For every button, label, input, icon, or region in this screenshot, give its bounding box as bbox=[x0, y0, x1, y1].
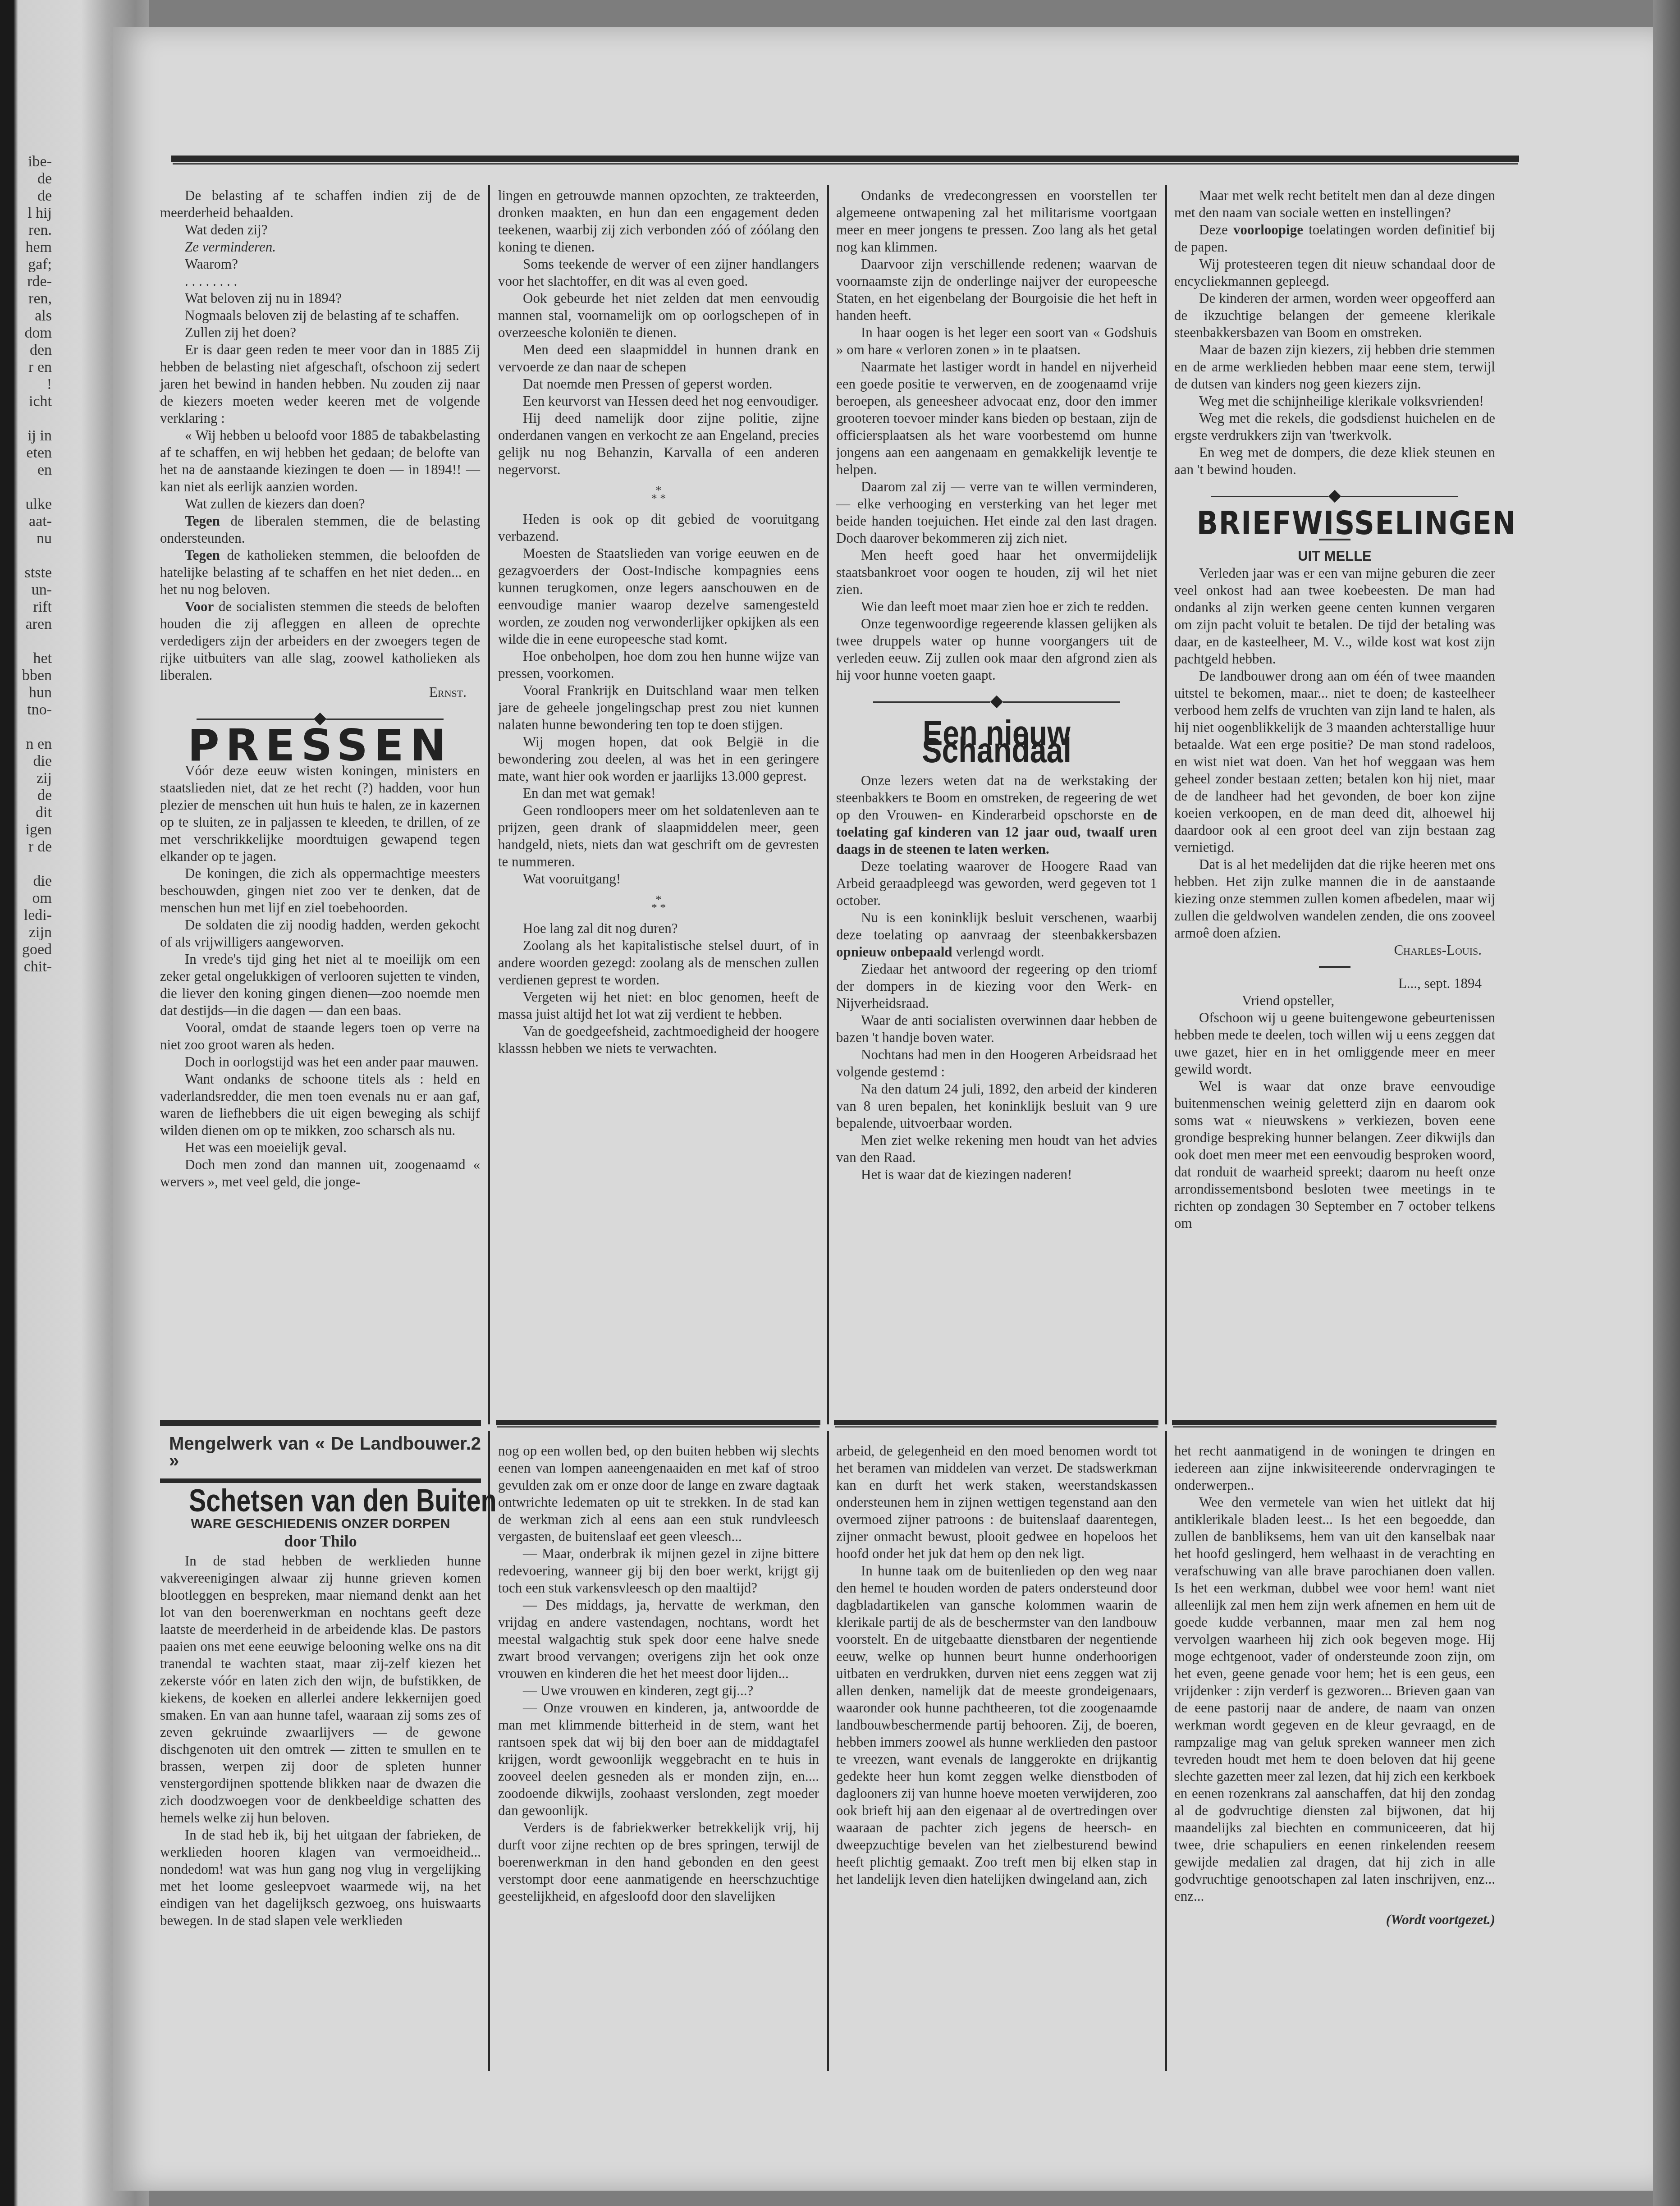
fragment: zij bbox=[20, 770, 52, 787]
pressen-paragraph: Het was een moeielijk geval. bbox=[160, 1139, 480, 1156]
feuilleton-text-col1: In de stad hebben de werklieden hunne va… bbox=[160, 1552, 481, 1929]
vote-line: Tegen de liberalen stemmen, die de belas… bbox=[160, 513, 480, 547]
continued-notice: (Wordt voortgezet.) bbox=[1174, 1911, 1495, 1928]
pressen-paragraph: Onze tegenwoordige regeerende klassen ge… bbox=[836, 615, 1157, 684]
fragment bbox=[20, 410, 52, 427]
feuilleton-rule bbox=[1172, 1420, 1497, 1426]
fragment: n en bbox=[20, 736, 52, 753]
feuilleton-paragraph: nog op een wollen bed, op den buiten heb… bbox=[498, 1442, 819, 1545]
feuilleton-rule bbox=[834, 1420, 1158, 1426]
letter-paragraph: Ofschoon wij u geene buitengewone gebeur… bbox=[1174, 1009, 1495, 1078]
fragment: ! bbox=[20, 376, 52, 393]
pressen-paragraph: Heden is ook op dit gebied de vooruitgan… bbox=[498, 511, 819, 545]
pressen-article-col3: Ondanks de vredecongressen en voorstelle… bbox=[836, 187, 1157, 684]
fragment: de bbox=[20, 188, 52, 205]
pressen-paragraph: Hoe onbeholpen, hoe dom zou hen hunne wi… bbox=[498, 648, 819, 682]
vote-recommendations: Tegen de liberalen stemmen, die de belas… bbox=[160, 513, 480, 684]
election-article: De belasting af te schaffen indien zij d… bbox=[160, 187, 480, 513]
schandaal-paragraph: Weg met die rekels, die godsdienst huich… bbox=[1174, 410, 1495, 444]
paragraph: Nogmaals beloven zij de belasting af te … bbox=[160, 307, 480, 324]
schandaal-paragraph: Onze lezers weten dat na de werkstaking … bbox=[836, 772, 1157, 858]
fragment: dom bbox=[20, 325, 52, 342]
pressen-paragraph: Dat noemde men Pressen of geperst worden… bbox=[498, 375, 819, 393]
pressen-paragraph: De koningen, die zich als oppermachtige … bbox=[160, 865, 480, 916]
vote-lead: Tegen bbox=[185, 513, 220, 529]
paragraph: « Wij hebben u beloofd voor 1885 de taba… bbox=[160, 427, 480, 495]
feuilleton-paragraph: Verders is de fabriekwerker betrekkelijk… bbox=[498, 1819, 819, 1905]
fragment: ren, bbox=[20, 290, 52, 307]
vote-line: Voor de socialisten stemmen die steeds d… bbox=[160, 598, 480, 684]
fragment: goed bbox=[20, 941, 52, 958]
feuilleton-text-col2: nog op een wollen bed, op den buiten heb… bbox=[498, 1442, 819, 1905]
column-4: Maar met welk recht betitelt men dan al … bbox=[1174, 187, 1495, 1232]
schandaal-paragraph: En weg met de dompers, die deze kliek st… bbox=[1174, 444, 1495, 478]
letter-melle: Verleden jaar was er een van mijne gebur… bbox=[1174, 565, 1495, 942]
feuilleton-rule bbox=[496, 1420, 820, 1426]
feuilleton-paragraph: In de stad heb ik, bij het uitgaan der f… bbox=[160, 1826, 481, 1929]
article-signature: Ernst. bbox=[160, 684, 467, 701]
fragment: ij in bbox=[20, 427, 52, 444]
feuilleton-paragraph: arbeid, de gelegenheid en den moed benom… bbox=[836, 1442, 1157, 1562]
pressen-paragraph: Vergeten wij het niet: en bloc genomen, … bbox=[498, 989, 819, 1023]
schandaal-paragraph: De kinderen der armen, worden weer opgeo… bbox=[1174, 290, 1495, 341]
fragment: ulke bbox=[20, 496, 52, 513]
fragment: rde- bbox=[20, 273, 52, 290]
schandaal-paragraph: Waar de anti socialisten overwinnen daar… bbox=[836, 1012, 1157, 1046]
feuilleton-paragraph: Wee den vermetele van wien het uitlekt d… bbox=[1174, 1494, 1495, 1905]
schandaal-paragraph: Ziedaar het antwoord der regeering op de… bbox=[836, 961, 1157, 1012]
letter-paragraph: Dat is al het medelijden dat die rijke h… bbox=[1174, 856, 1495, 942]
section-divider bbox=[836, 697, 1157, 706]
letter-paragraph: Verleden jaar was er een van mijne gebur… bbox=[1174, 565, 1495, 668]
feuilleton-paragraph: het recht aanmatigend in de woningen te … bbox=[1174, 1442, 1495, 1494]
pressen-paragraph: Wij mogen hopen, dat ook België in die b… bbox=[498, 733, 819, 785]
column-rule bbox=[488, 185, 490, 1424]
fragment: ibe- bbox=[20, 153, 52, 170]
asterism-icon: ** * bbox=[498, 486, 819, 503]
schandaal-paragraph: Maar de bazen zijn kiezers, zij hebben d… bbox=[1174, 341, 1495, 393]
pressen-paragraph: Daarvoor zijn verschillende redenen; waa… bbox=[836, 256, 1157, 324]
asterism-icon: ** * bbox=[498, 896, 819, 912]
letter-place-date: L..., sept. 1894 bbox=[1174, 975, 1482, 992]
fragment: l hij bbox=[20, 205, 52, 222]
feuilleton-column-2: nog op een wollen bed, op den buiten heb… bbox=[498, 1442, 819, 1905]
schandaal-paragraph: Weg met die schijnheilige klerikale volk… bbox=[1174, 393, 1495, 410]
pressen-paragraph: Vooral, omdat de staande legers toen op … bbox=[160, 1019, 480, 1053]
pressen-paragraph: De soldaten die zij noodig hadden, werde… bbox=[160, 916, 480, 951]
pressen-paragraph: Geen rondloopers meer om het soldatenlev… bbox=[498, 802, 819, 870]
fragment: het bbox=[20, 650, 52, 667]
headline-briefwisselingen: BRIEFWISSELINGEN bbox=[1197, 514, 1473, 531]
fragment: aat- bbox=[20, 513, 52, 530]
schandaal-paragraph: Deze toelating waarover de Hoogere Raad … bbox=[836, 858, 1157, 909]
feuilleton-column-1: Mengelwerk van « De Landbouwer. » 2 Sche… bbox=[160, 1420, 481, 1929]
paragraph: Waarom? bbox=[160, 256, 480, 273]
pressen-paragraph: Moesten de Staatslieden van vorige eeuwe… bbox=[498, 545, 819, 648]
fragment bbox=[20, 719, 52, 736]
fragment: den bbox=[20, 342, 52, 359]
headline-pressen: PRESSEN bbox=[160, 737, 480, 754]
schandaal-continued-paragraph: Deze voorloopige toelatingen worden defi… bbox=[1174, 221, 1495, 256]
fragment: om bbox=[20, 890, 52, 907]
paragraph: Wat zullen de kiezers dan doen? bbox=[160, 495, 480, 513]
paragraph: Zullen zij het doen? bbox=[160, 324, 480, 341]
feuilleton-paragraph: — Maar, onderbrak ik mijnen gezel in zij… bbox=[498, 1545, 819, 1597]
fragment: die bbox=[20, 753, 52, 770]
pressen-paragraph: Van de goedgeefsheid, zachtmoedigheid de… bbox=[498, 1023, 819, 1057]
pressen-paragraph: Daarom zal zij — verre van te willen ver… bbox=[836, 478, 1157, 547]
pressen-paragraph: In vrede's tijd ging het niet al te moei… bbox=[160, 951, 480, 1019]
feuilleton-column-3: arbeid, de gelegenheid en den moed benom… bbox=[836, 1442, 1157, 1888]
fragment: chit- bbox=[20, 958, 52, 975]
column-rule bbox=[488, 1431, 490, 2071]
feuilleton-number: 2 bbox=[471, 1435, 481, 1469]
pressen-paragraph: Ondanks de vredecongressen en voorstelle… bbox=[836, 187, 1157, 256]
fragment: r en bbox=[20, 359, 52, 376]
feuilleton-author: door Thilo bbox=[160, 1533, 481, 1550]
fragment: die bbox=[20, 873, 52, 890]
pressen-paragraph: Men heeft goed haar het onvermijdelijk s… bbox=[836, 547, 1157, 598]
pressen-article-col1: Vóór deze eeuw wisten koningen, minister… bbox=[160, 762, 480, 1190]
paragraph: . . . . . . . . bbox=[160, 273, 480, 290]
fragment bbox=[20, 856, 52, 873]
paragraph: Ze verminderen. bbox=[160, 238, 480, 256]
fragment: ren. bbox=[20, 222, 52, 239]
column-rule bbox=[827, 1431, 829, 2071]
schandaal-paragraph: Na den datum 24 juli, 1892, den arbeid d… bbox=[836, 1080, 1157, 1132]
schandaal-paragraph: Men ziet welke rekening men houdt van he… bbox=[836, 1132, 1157, 1166]
fragment: hem bbox=[20, 239, 52, 256]
fragment: stste bbox=[20, 564, 52, 581]
feuilleton-paragraph: — Des middags, ja, hervatte de werkman, … bbox=[498, 1597, 819, 1682]
pressen-paragraph: lingen en getrouwde mannen opzochten, ze… bbox=[498, 187, 819, 256]
fragment: hun bbox=[20, 684, 52, 701]
fragment: bben bbox=[20, 667, 52, 684]
subheading-uit-melle: UIT MELLE bbox=[1174, 548, 1495, 565]
feuilleton-column-4: het recht aanmatigend in de woningen te … bbox=[1174, 1442, 1495, 1928]
previous-page-text-fragments: ibe-dedel hijren.hemgaf;rde-ren,alsdomde… bbox=[20, 153, 52, 975]
letter-signature: Charles-Louis. bbox=[1174, 942, 1482, 959]
column-3: Ondanks de vredecongressen en voorstelle… bbox=[836, 187, 1157, 1183]
letter-l: Ofschoon wij u geene buitengewone gebeur… bbox=[1174, 1009, 1495, 1232]
fragment: en bbox=[20, 462, 52, 479]
pressen-paragraph: Wie dan leeft moet maar zien hoe er zich… bbox=[836, 598, 1157, 615]
feuilleton-header: Mengelwerk van « De Landbouwer. » 2 bbox=[160, 1420, 481, 1483]
pressen-paragraph: In haar oogen is het leger een soort van… bbox=[836, 324, 1157, 358]
pressen-paragraph: Zoolang als het kapitalistische stelsel … bbox=[498, 937, 819, 989]
pressen-paragraph: Want ondanks de schoone titels als : hel… bbox=[160, 1071, 480, 1139]
pressen-paragraph: Men deed een slaapmiddel in hunnen drank… bbox=[498, 341, 819, 375]
fragment: zijn bbox=[20, 924, 52, 941]
feuilleton-paragraph: — Uwe vrouwen en kinderen, zegt gij...? bbox=[498, 1682, 819, 1699]
fragment: nu bbox=[20, 530, 52, 547]
schandaal-paragraphs: Ziedaar het antwoord der regeering op de… bbox=[836, 961, 1157, 1183]
diamond-ornament-icon bbox=[990, 696, 1003, 708]
fragment bbox=[20, 633, 52, 650]
pressen-article-col2-conclusion: Hoe lang zal dit nog duren?Zoolang als h… bbox=[498, 920, 819, 1057]
column-rule bbox=[827, 185, 829, 1424]
letter-paragraph: Wel is waar dat onze brave eenvoudige bu… bbox=[1174, 1078, 1495, 1232]
pressen-paragraph: Wat vooruitgang! bbox=[498, 870, 819, 888]
short-divider bbox=[1319, 966, 1350, 968]
schandaal-paragraph: Wij protesteeren tegen dit nieuw schanda… bbox=[1174, 256, 1495, 290]
feuilleton-text-col3: arbeid, de gelegenheid en den moed benom… bbox=[836, 1442, 1157, 1888]
diamond-ornament-icon bbox=[1328, 490, 1341, 503]
vote-line: Tegen de katholieken stemmen, die beloof… bbox=[160, 547, 480, 598]
letter-paragraph: De landbouwer drong aan om één of twee m… bbox=[1174, 668, 1495, 856]
fragment bbox=[20, 479, 52, 496]
feuilleton-paragraph: In de stad hebben de werklieden hunne va… bbox=[160, 1552, 481, 1826]
section-divider bbox=[1174, 492, 1495, 501]
schandaal-paragraph: Nu is een koninklijk besluit verschenen,… bbox=[836, 909, 1157, 961]
schandaal-continued: Wij protesteeren tegen dit nieuw schanda… bbox=[1174, 256, 1495, 478]
fragment: de bbox=[20, 170, 52, 188]
fragment: tno- bbox=[20, 701, 52, 719]
pressen-paragraph: Een keurvorst van Hessen deed het nog ee… bbox=[498, 393, 819, 410]
column-rule bbox=[1165, 1431, 1167, 2071]
column-1: De belasting af te schaffen indien zij d… bbox=[160, 187, 480, 1190]
paragraph: Er is daar geen reden te meer voor dan i… bbox=[160, 341, 480, 427]
fragment: rift bbox=[20, 599, 52, 616]
paragraph: Wat beloven zij nu in 1894? bbox=[160, 290, 480, 307]
pressen-paragraph: Hoe lang zal dit nog duren? bbox=[498, 920, 819, 937]
vote-lead: Voor bbox=[185, 599, 214, 614]
pressen-paragraph: Doch men zond dan mannen uit, zoogenaamd… bbox=[160, 1156, 480, 1190]
schandaal-continued-paragraph: Maar met welk recht betitelt men dan al … bbox=[1174, 187, 1495, 221]
headline-schetsen: Schetsen van den Buiten bbox=[189, 1492, 452, 1509]
schandaal-paragraph: Het is waar dat de kiezingen naderen! bbox=[836, 1166, 1157, 1183]
fragment: de bbox=[20, 787, 52, 804]
fragment bbox=[20, 547, 52, 564]
fragment: r de bbox=[20, 838, 52, 856]
fragment: als bbox=[20, 307, 52, 325]
fragment: un- bbox=[20, 581, 52, 599]
pressen-paragraph: En dan met wat gemak! bbox=[498, 785, 819, 802]
fragment: ledi- bbox=[20, 907, 52, 924]
fragment: igen bbox=[20, 821, 52, 838]
fragment: icht bbox=[20, 393, 52, 410]
feuilleton-title: Mengelwerk van « De Landbouwer. » bbox=[160, 1435, 471, 1469]
pressen-article-col2-continued: Heden is ook op dit gebied de vooruitgan… bbox=[498, 511, 819, 888]
paragraph: De belasting af te schaffen indien zij d… bbox=[160, 187, 480, 221]
column-rule bbox=[1165, 185, 1167, 1424]
pressen-paragraph: Vóór deze eeuw wisten koningen, minister… bbox=[160, 762, 480, 865]
pressen-paragraph: Naarmate het lastiger wordt in handel en… bbox=[836, 358, 1157, 478]
letter-salutation: Vriend opsteller, bbox=[1174, 992, 1495, 1009]
feuilleton-paragraph: — Onze vrouwen en kinderen, ja, antwoord… bbox=[498, 1699, 819, 1819]
pressen-paragraph: Ook gebeurde het niet zelden dat men een… bbox=[498, 290, 819, 341]
pressen-paragraph: Soms teekende de werver of een zijner ha… bbox=[498, 256, 819, 290]
vote-lead: Tegen bbox=[185, 547, 220, 563]
fragment: dit bbox=[20, 804, 52, 821]
column-2: lingen en getrouwde mannen opzochten, ze… bbox=[498, 187, 819, 1057]
top-rule bbox=[171, 156, 1519, 163]
fragment: gaf; bbox=[20, 256, 52, 273]
fragment: aren bbox=[20, 616, 52, 633]
pressen-paragraph: Doch in oorlogstijd was het een ander pa… bbox=[160, 1053, 480, 1071]
feuilleton-text-col4: het recht aanmatigend in de woningen te … bbox=[1174, 1442, 1495, 1905]
pressen-paragraph: Vooral Frankrijk en Duitschland waar men… bbox=[498, 682, 819, 733]
feuilleton-paragraph: In hunne taak om de buitenlieden op den … bbox=[836, 1562, 1157, 1888]
headline-schandaal: Een nieuw Schandaal bbox=[860, 724, 1133, 759]
pressen-article-col2: lingen en getrouwde mannen opzochten, ze… bbox=[498, 187, 819, 478]
schandaal-paragraph: Nochtans had men in den Hoogeren Arbeids… bbox=[836, 1046, 1157, 1080]
paragraph: Wat deden zij? bbox=[160, 221, 480, 238]
pressen-paragraph: Hij deed namelijk door zijne politie, zi… bbox=[498, 410, 819, 478]
fragment: eten bbox=[20, 444, 52, 462]
book-edge bbox=[1653, 0, 1680, 2206]
